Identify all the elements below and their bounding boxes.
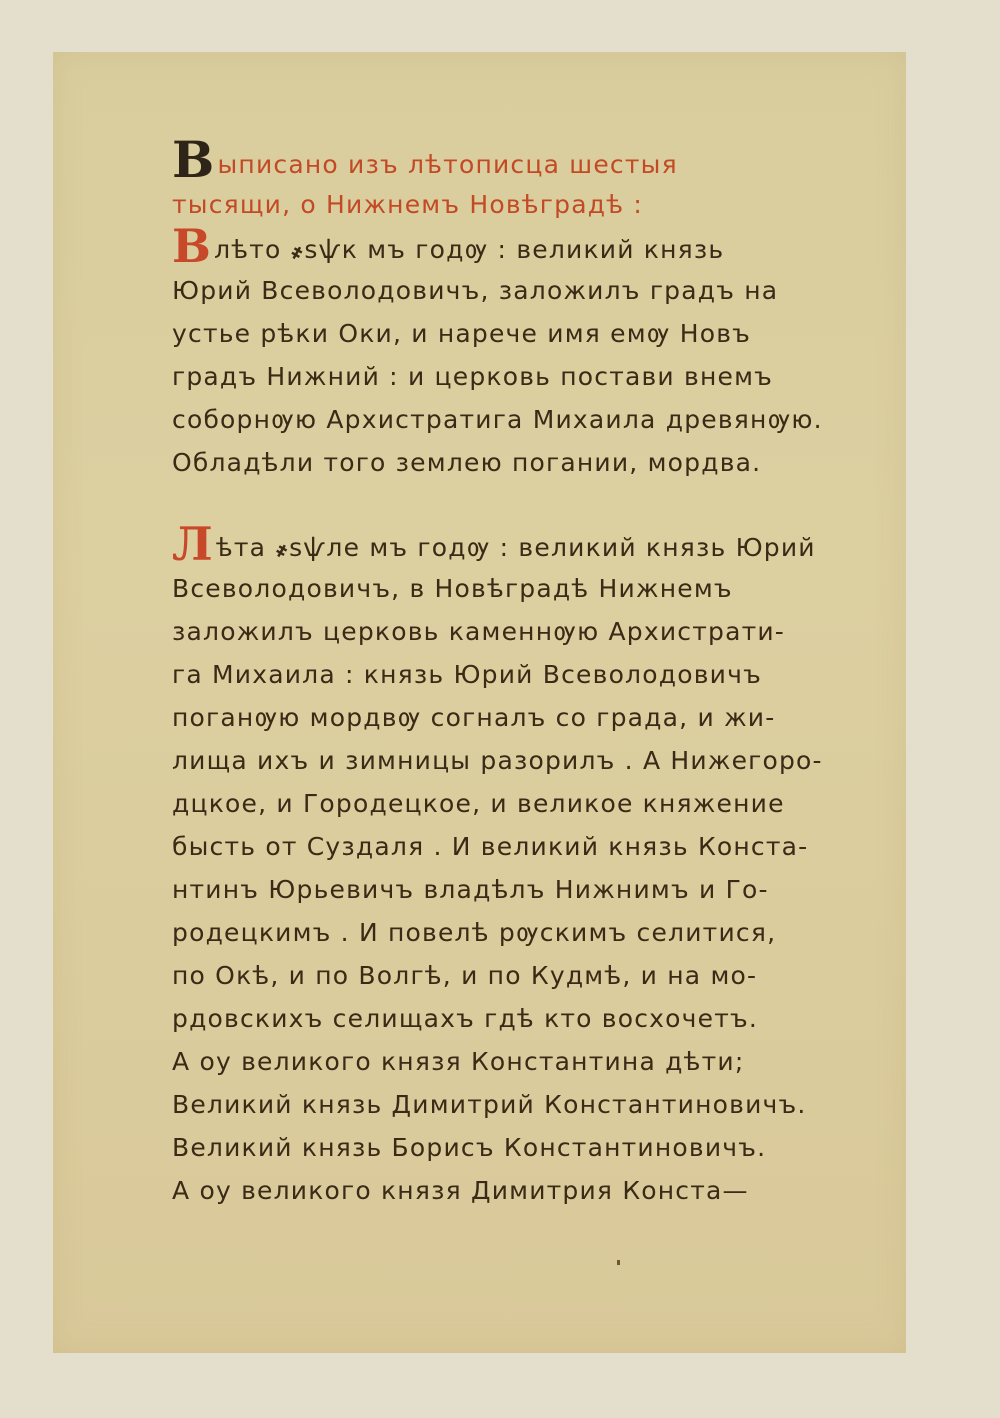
paragraph-2-line: бысть от Суздаля . И великий князь Конст… — [172, 825, 812, 868]
paragraph-2-line: заложилъ церковь каменнѹю Архистрати- — [172, 610, 812, 653]
paragraph-2-line: поганѹю мордвѹ согналъ со града, и жи- — [172, 696, 812, 739]
paragraph-1-line: устье рѣки Оки, и нарече имя емѹ Новъ — [172, 312, 812, 355]
paragraph-2-line: родецкимъ . И повелѣ рѹскимъ селитися, — [172, 911, 812, 954]
paragraph-2-line: А оу великого князя Димитрия Конста— — [172, 1169, 812, 1212]
drop-cap-initial: В — [172, 226, 212, 266]
paragraph-2-line: Великий князь Борисъ Константиновичъ. — [172, 1126, 812, 1169]
drop-cap-initial: Л — [172, 524, 214, 564]
heading-line-2: тысящи, о Нижнемъ Новѣградѣ : — [172, 183, 812, 226]
paragraph-2-line: Великий князь Димитрий Константиновичъ. — [172, 1083, 812, 1126]
heading-line-1: Выписано изъ лѣтописца шестыя — [172, 140, 812, 183]
paragraph-2-line-1: Лѣта ҂ѕѱле мъ годѹ : великий князь Юрий — [172, 524, 812, 567]
ink-speck — [617, 1260, 620, 1265]
paragraph-1-line: Юрий Всеволодовичъ, заложилъ градъ на — [172, 269, 812, 312]
paragraph-1-line: Обладѣли того землею погании, мордва. — [172, 441, 812, 484]
paragraph-1-line-1: Влѣто ҂ѕѱк мъ годѹ : великий князь — [172, 226, 812, 269]
paragraph-2-line: Всеволодовичъ, в Новѣградѣ Нижнемъ — [172, 567, 812, 610]
paragraph-1-line: градъ Нижний : и церковь постави внемъ — [172, 355, 812, 398]
paragraph-1-line: соборнѹю Архистратига Михаила древянѹю. — [172, 398, 812, 441]
drop-cap-initial: В — [172, 140, 215, 180]
paragraph-2-line: га Михаила : князь Юрий Всеволодовичъ — [172, 653, 812, 696]
manuscript-text: Выписано изъ лѣтописца шестыя тысящи, о … — [172, 140, 812, 1212]
paragraph-2-line: дцкое, и Городецкое, и великое княжение — [172, 782, 812, 825]
paragraph-gap — [172, 484, 812, 524]
paragraph-2-line: лища ихъ и зимницы разорилъ . А Нижегоро… — [172, 739, 812, 782]
paragraph-2-line: по Окѣ, и по Волгѣ, и по Кудмѣ, и на мо- — [172, 954, 812, 997]
paragraph-2-line: рдовскихъ селищахъ гдѣ кто восхочетъ. — [172, 997, 812, 1040]
paragraph-2-line: нтинъ Юрьевичъ владѣлъ Нижнимъ и Го- — [172, 868, 812, 911]
paragraph-2-line: А оу великого князя Константина дѣти; — [172, 1040, 812, 1083]
